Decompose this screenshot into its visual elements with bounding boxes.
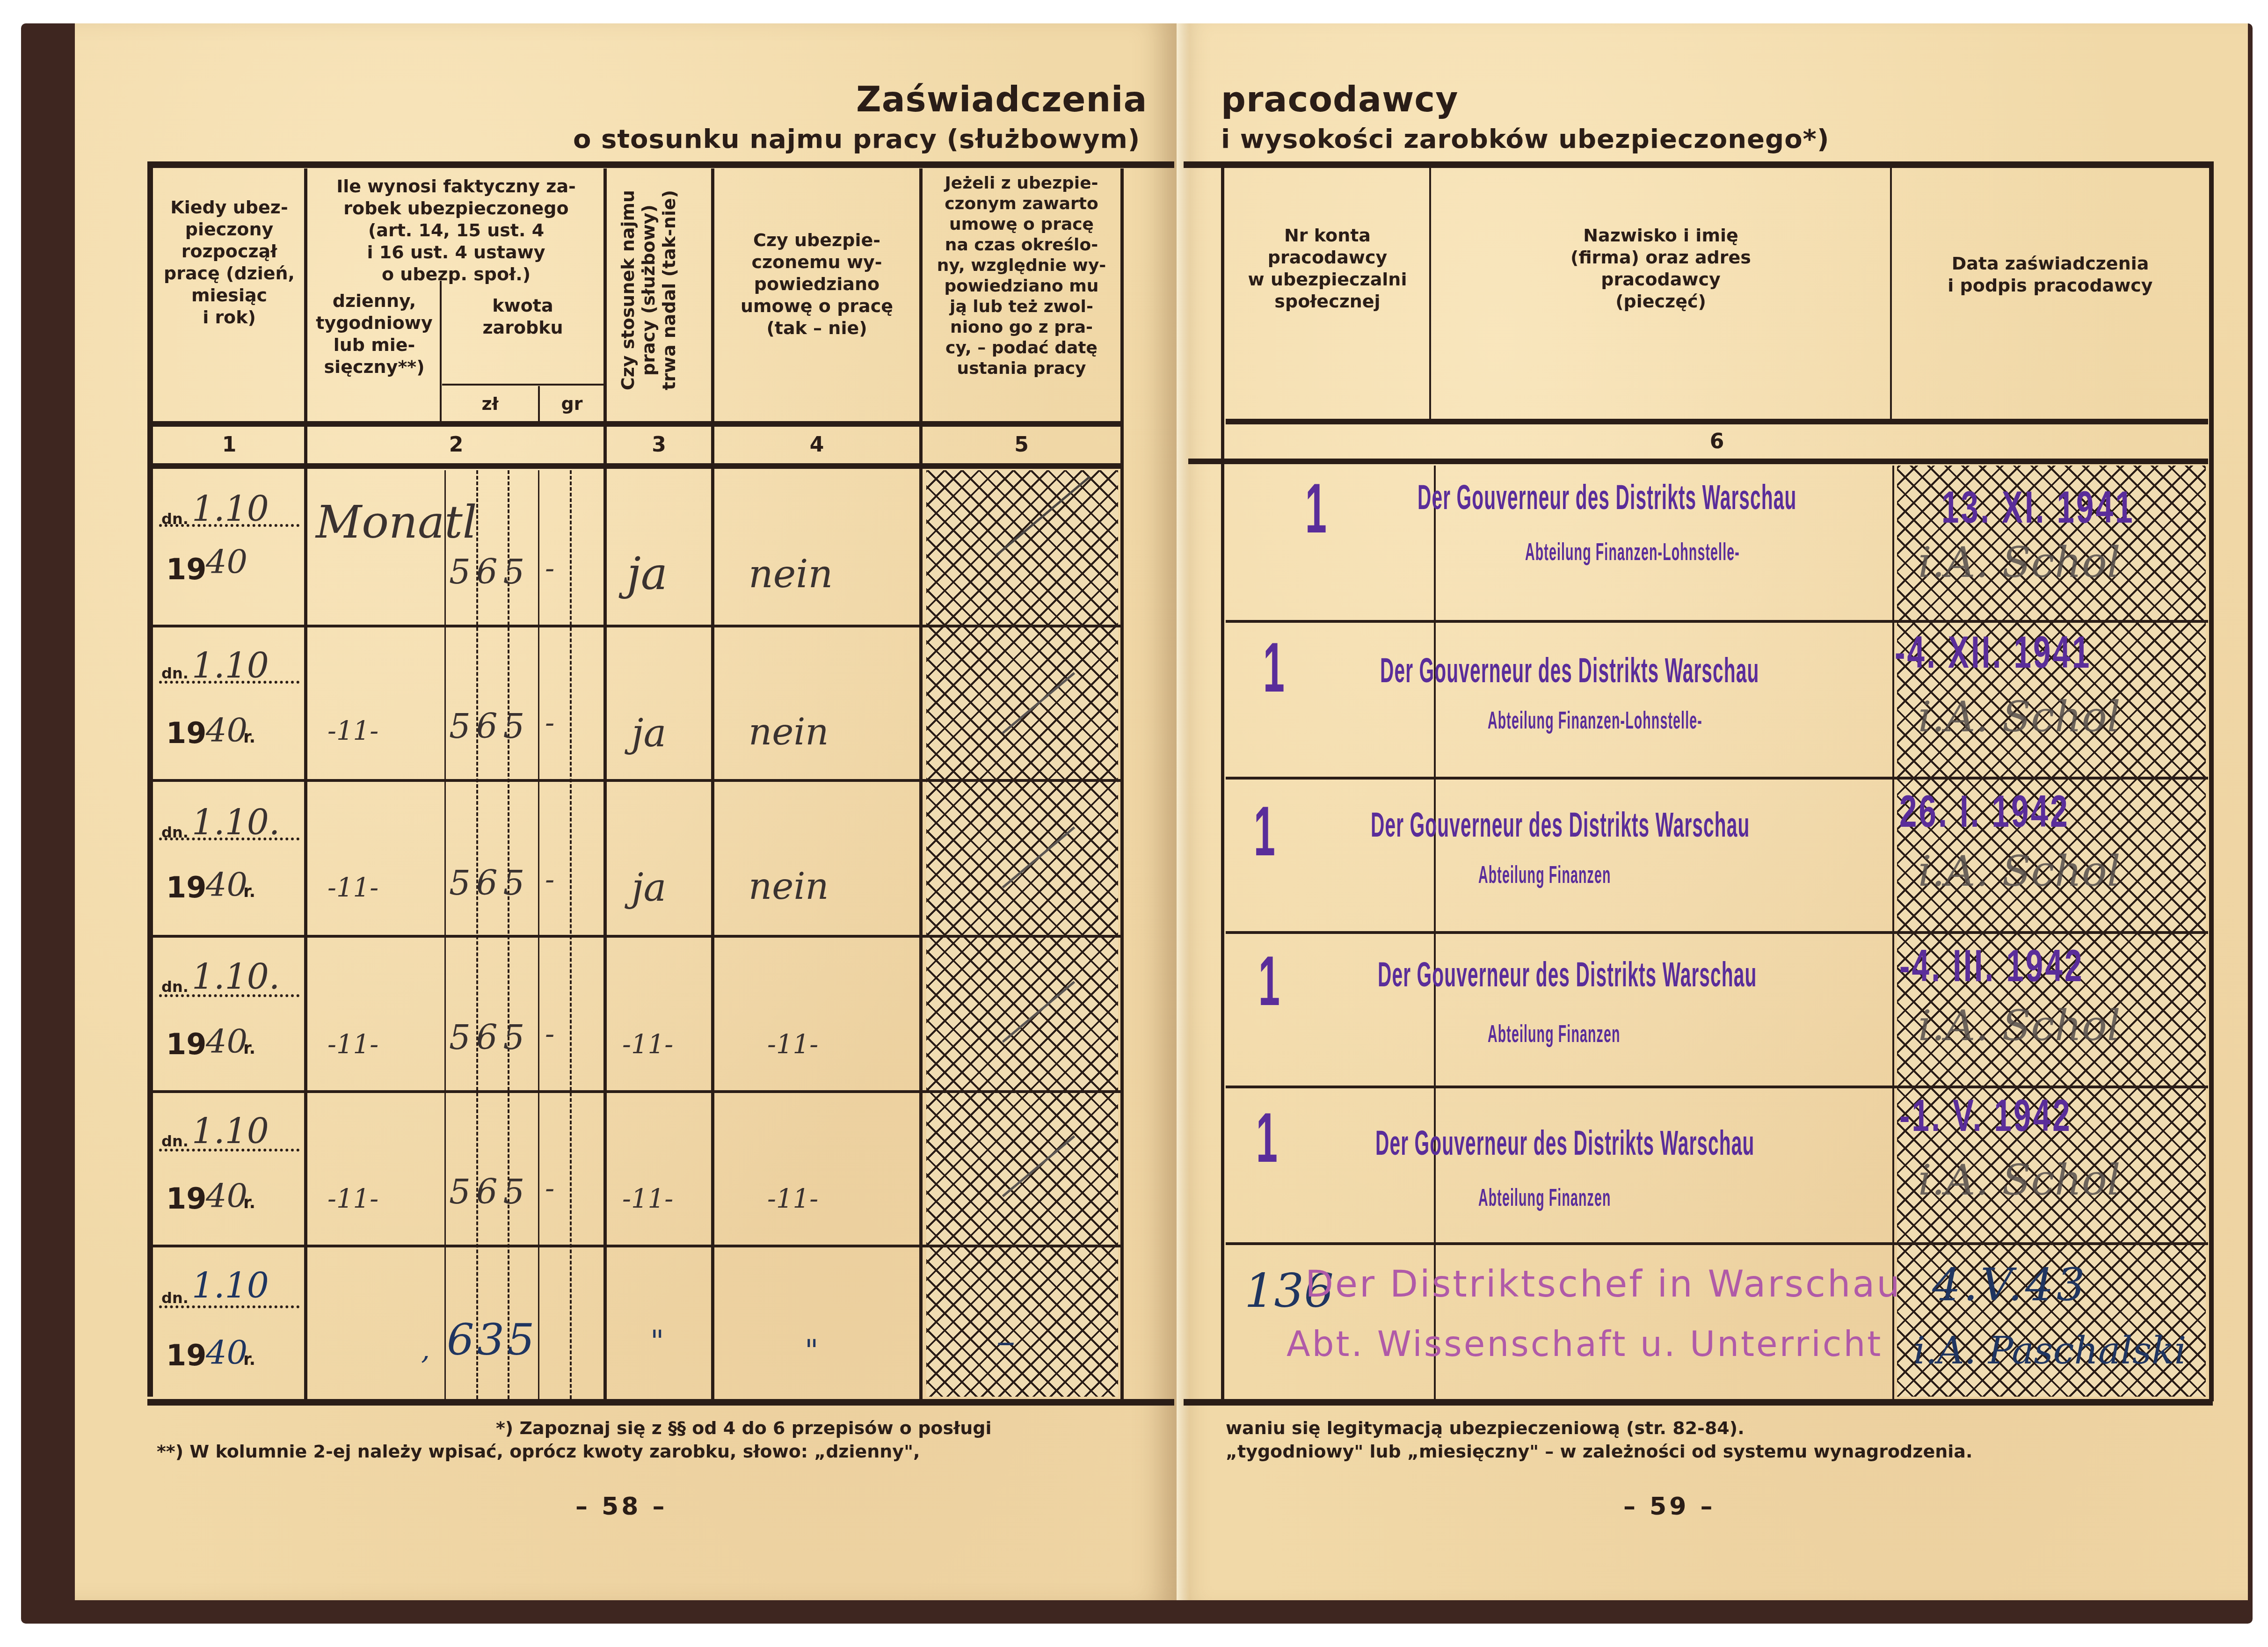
dotted-line — [159, 681, 299, 684]
col-divider — [603, 168, 607, 1399]
left-subtitle: o stosunku najmu pracy (służbowym) — [573, 124, 1140, 154]
terminated[interactable]: -11- — [767, 1184, 818, 1214]
terminated[interactable]: nein — [749, 552, 833, 597]
amount-zl[interactable]: 565 — [449, 1018, 530, 1057]
employer-stamp-line2: Abteilung Finanzen-Lohnstelle- — [1525, 538, 1740, 566]
year-prefix: 19 — [166, 1181, 206, 1216]
sub-divider — [538, 386, 540, 421]
right-subtitle: i wysokości zarobków ubezpieczonego*) — [1221, 124, 1830, 154]
year-suffix: r. — [243, 1193, 255, 1212]
zl-header: zł — [442, 393, 538, 415]
col5-number: 5 — [923, 433, 1120, 457]
row-divider — [1226, 1242, 2208, 1245]
pay-period[interactable]: , — [421, 1334, 430, 1366]
amount-zl[interactable]: 565 — [449, 552, 530, 591]
certificate-date[interactable]: -1. V. 1942 — [1899, 1090, 2072, 1142]
dotted-line — [159, 524, 299, 527]
row-divider — [153, 625, 1121, 627]
dotted-line — [159, 1305, 299, 1308]
pay-period[interactable]: -11- — [327, 873, 378, 903]
header-divider — [153, 463, 1121, 469]
signature: i.A. Schol — [1918, 692, 2121, 742]
col2-header: Ile wynosi faktyczny za-robek ubezpieczo… — [309, 175, 603, 285]
table-bottom-border — [147, 1399, 1174, 1406]
amount-gr[interactable]: - — [545, 1172, 554, 1205]
start-date[interactable]: 1.10 — [192, 489, 269, 529]
footnote-1: *) Zapoznaj się z §§ od 4 do 6 przepisów… — [496, 1418, 991, 1438]
table-left-border — [1221, 166, 1224, 1401]
account-number[interactable]: 1 — [1256, 1097, 1278, 1178]
table-right-border — [2209, 161, 2214, 1401]
col3-header: Czy stosunek najmu pracy (służbowy) trwa… — [618, 168, 679, 412]
col-divider — [1890, 166, 1892, 419]
signature: i.A. Schol — [1918, 847, 2121, 896]
pay-period[interactable]: Monatl — [316, 496, 477, 548]
year-value[interactable]: 40 — [206, 1022, 247, 1061]
employer-stamp-line1: Der Gouverneur des Distrikts Warschau — [1378, 955, 1757, 994]
row-divider — [1226, 1086, 2208, 1088]
right-title: pracodawcy — [1221, 80, 1458, 120]
amount-gr[interactable]: - — [545, 863, 554, 896]
still-employed[interactable]: -11- — [622, 1184, 673, 1214]
page-number-right: – 59 – — [1623, 1493, 1716, 1521]
date-signature-header: Data zaświadczeniai podpis pracodawcy — [1892, 253, 2208, 297]
still-employed[interactable]: -11- — [622, 1029, 673, 1060]
year-value[interactable]: 40 — [206, 866, 247, 904]
start-date[interactable]: 1.10. — [192, 957, 280, 997]
col-divider — [1120, 168, 1124, 1399]
dotted-line — [159, 1149, 299, 1151]
account-number[interactable]: 1 — [1254, 791, 1275, 872]
col2-period-header: dzienny,tygodniowy lub mie-sięczny**) — [309, 290, 440, 378]
year-prefix: 19 — [166, 552, 206, 586]
footnote-2: **) W kolumnie 2-ej należy wpisać, opróc… — [157, 1441, 920, 1462]
table-left-border — [147, 161, 153, 1397]
footnote-2-cont: „tygodniowy" lub „miesięczny" – w zależn… — [1226, 1441, 1972, 1462]
signature: i.A. Schol — [1918, 1001, 2121, 1050]
col1-header: Kiedy ubez-pieczony rozpocząłpracę (dzie… — [154, 197, 304, 328]
col-divider — [919, 168, 923, 1399]
signature: i.A. Paschalski — [1913, 1329, 2186, 1372]
account-number[interactable]: 1 — [1263, 627, 1285, 708]
col2-amount-header: kwotazarobku — [442, 295, 603, 339]
row-divider — [1226, 620, 2208, 623]
header-divider — [1226, 419, 2208, 424]
amount-zl[interactable]: 635 — [447, 1315, 538, 1365]
year-prefix: 19 — [166, 716, 206, 750]
header-divider — [1188, 459, 2208, 464]
employer-stamp-line1: Der Gouverneur des Distrikts Warschau — [1380, 650, 1759, 690]
employer-stamp-line2: Abteilung Finanzen-Lohnstelle- — [1488, 707, 1702, 735]
amount-gr[interactable]: - — [545, 707, 554, 739]
employer-stamp-line2: Abteilung Finanzen — [1478, 1184, 1611, 1212]
dn-label: dn. — [161, 664, 189, 682]
col-divider — [1429, 166, 1431, 419]
sub-divider — [442, 384, 603, 386]
row-divider — [153, 779, 1121, 782]
dotted-line — [159, 994, 299, 997]
year-prefix: 19 — [166, 1027, 206, 1061]
account-header: Nr kontapracodawcy w ubezpieczalnispołec… — [1226, 225, 1429, 313]
terminated[interactable]: nein — [749, 866, 829, 908]
sub-divider — [440, 281, 442, 421]
certificate-date[interactable]: 4.V.43 — [1932, 1259, 2088, 1311]
amount-zl[interactable]: 565 — [449, 707, 530, 746]
table-top-border — [147, 161, 1174, 168]
pay-period[interactable]: -11- — [327, 716, 378, 746]
start-date[interactable]: 1.10 — [192, 646, 269, 686]
row-divider — [153, 1245, 1121, 1247]
still-employed[interactable]: ja — [632, 711, 666, 756]
start-date[interactable]: 1.10 — [192, 1266, 269, 1306]
account-number[interactable]: 1 — [1258, 940, 1280, 1021]
hatched-area — [926, 470, 1118, 1397]
dn-label: dn. — [161, 1289, 189, 1307]
employer-stamp-line2: Abt. Wissenschaft u. Unterricht — [1287, 1324, 1883, 1364]
end-date[interactable]: – — [996, 1319, 1015, 1363]
dotted-line — [159, 838, 299, 840]
col1-number: 1 — [154, 433, 304, 457]
gutter — [1177, 23, 1190, 1600]
certificate-date[interactable]: -4. XII. 1941 — [1895, 627, 2092, 678]
row-divider — [153, 935, 1121, 938]
table-top-border — [1184, 161, 2213, 168]
employer-stamp-line2: Abteilung Finanzen — [1488, 1020, 1621, 1048]
col5-header: Jeżeli z ubezpie-czonym zawarto umowę o … — [923, 173, 1120, 379]
year-value[interactable]: 40 — [206, 543, 247, 581]
still-employed[interactable]: ja — [632, 866, 666, 910]
year-suffix: r. — [243, 882, 255, 901]
page-number-left: – 58 – — [575, 1493, 668, 1521]
pay-period[interactable]: -11- — [327, 1184, 378, 1214]
start-date[interactable]: 1.10. — [192, 802, 280, 843]
dn-label: dn. — [161, 978, 189, 996]
row-divider — [1226, 931, 2208, 934]
col-divider — [304, 168, 307, 1399]
year-suffix: r. — [243, 1350, 255, 1369]
certificate-date[interactable]: 13. XI. 1941 — [1941, 482, 2135, 533]
col3-number: 3 — [607, 433, 711, 457]
dn-label: dn. — [161, 1132, 189, 1150]
col4-number: 4 — [714, 433, 919, 457]
footnote-1-cont: waniu się legitymacją ubezpieczeniową (s… — [1226, 1418, 1745, 1438]
employer-stamp-line1: Der Gouverneur des Distrikts Warschau — [1371, 805, 1750, 845]
employer-stamp-line1: Der Gouverneur des Distrikts Warschau — [1417, 477, 1796, 517]
amount-zl[interactable]: 565 — [449, 863, 530, 903]
still-employed[interactable]: ja — [627, 547, 668, 600]
row-divider — [153, 1090, 1121, 1093]
year-prefix: 19 — [166, 1338, 206, 1372]
certificate-date[interactable]: 26. I. 1942 — [1899, 786, 2070, 838]
gr-header: gr — [540, 393, 603, 415]
start-date[interactable]: 1.10 — [192, 1111, 269, 1151]
left-title: Zaświadczenia — [856, 80, 1147, 120]
employer-stamp-line1: Der Gouverneur des Distrikts Warschau — [1375, 1123, 1754, 1163]
row-divider — [1226, 777, 2208, 780]
col4-header: Czy ubezpie-czonemu wy- powiedzianoumowę… — [714, 229, 919, 339]
header-divider — [153, 421, 1121, 427]
year-value[interactable]: 40 — [206, 711, 247, 750]
col6-number: 6 — [1226, 430, 2208, 453]
still-employed[interactable]: " — [650, 1324, 664, 1359]
terminated[interactable]: nein — [749, 711, 829, 753]
year-value[interactable]: 40 — [206, 1334, 247, 1372]
signature: i.A. Schol — [1918, 1156, 2121, 1205]
amount-gr[interactable]: - — [545, 1018, 554, 1050]
year-value[interactable]: 40 — [206, 1177, 247, 1215]
pay-period[interactable]: -11- — [327, 1029, 378, 1060]
year-suffix: r. — [243, 1039, 255, 1058]
amount-zl[interactable]: 565 — [449, 1172, 530, 1211]
terminated[interactable]: -11- — [767, 1029, 818, 1060]
account-number[interactable]: 1 — [1305, 468, 1327, 549]
employer-header: Nazwisko i imię(firma) oraz adres pracod… — [1432, 225, 1890, 313]
col2-number: 2 — [309, 433, 603, 457]
employer-stamp-line1: Der Distriktschef in Warschau — [1305, 1263, 1902, 1305]
col-divider — [711, 168, 714, 1399]
amount-gr[interactable]: - — [545, 552, 554, 585]
year-suffix: r. — [243, 728, 255, 747]
signature: i.A. Schol — [1918, 538, 2121, 587]
certificate-date[interactable]: -4. III. 1942 — [1899, 940, 2084, 992]
employer-stamp-line2: Abteilung Finanzen — [1478, 861, 1611, 889]
terminated[interactable]: " — [805, 1334, 818, 1368]
table-bottom-border — [1184, 1399, 2213, 1406]
year-prefix: 19 — [166, 870, 206, 904]
